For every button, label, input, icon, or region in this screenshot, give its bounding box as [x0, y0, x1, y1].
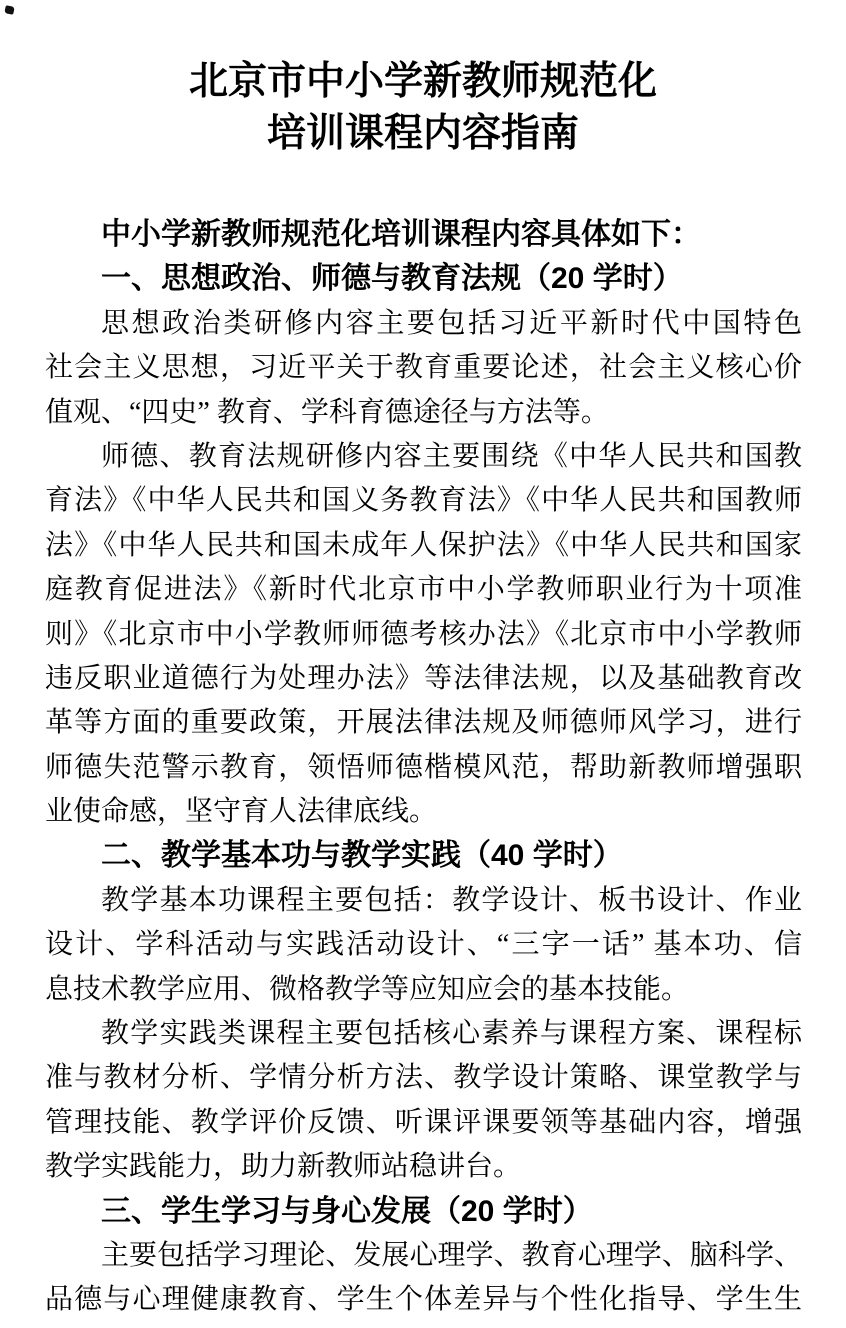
intro-heading: 中小学新教师规范化培训课程内容具体如下： [45, 213, 802, 257]
text-line: 主要包括学习理论、发展心理学、教育心理学、脑科学、 [45, 1234, 802, 1278]
document-title-line-2: 培训课程内容指南 [0, 108, 846, 160]
text-line: 违反职业道德行为处理办法》等法律法规，以及基础教育改 [45, 657, 802, 701]
text-line: 教学基本功课程主要包括：教学设计、板书设计、作业 [45, 879, 802, 923]
text-line: 管理技能、教学评价反馈、听课评课要领等基础内容，增强 [45, 1101, 802, 1145]
text-line: 则》《北京市中小学教师师德考核办法》《北京市中小学教师 [45, 613, 802, 657]
text-line: 准与教材分析、学情分析方法、教学设计策略、课堂教学与 [45, 1056, 802, 1100]
text-line: 师德失范警示教育，领悟师德楷模风范，帮助新教师增强职 [45, 746, 802, 790]
scan-artifact-speck [4, 5, 14, 15]
text-line: 品德与心理健康教育、学生个体差异与个性化指导、学生生 [45, 1278, 802, 1322]
section-heading-1: 一、思想政治、师德与教育法规（20 学时） [45, 257, 802, 301]
text-line: 教学实践类课程主要包括核心素养与课程方案、课程标 [45, 1012, 802, 1056]
text-line: 法》《中华人民共和国未成年人保护法》《中华人民共和国家 [45, 524, 802, 568]
text-line: 业使命感，坚守育人法律底线。 [45, 790, 802, 834]
text-line: 师德、教育法规研修内容主要围绕《中华人民共和国教 [45, 435, 802, 479]
text-line: 教学实践能力，助力新教师站稳讲台。 [45, 1145, 802, 1189]
document-page: 北京市中小学新教师规范化 培训课程内容指南 中小学新教师规范化培训课程内容具体如… [0, 0, 846, 1328]
text-line: 值观、“四史” 教育、学科育德途径与方法等。 [45, 391, 802, 435]
text-line: 息技术教学应用、微格教学等应知应会的基本技能。 [45, 968, 802, 1012]
text-line: 社会主义思想，习近平关于教育重要论述，社会主义核心价 [45, 346, 802, 390]
text-line: 育法》《中华人民共和国义务教育法》《中华人民共和国教师 [45, 479, 802, 523]
document-title: 北京市中小学新教师规范化 培训课程内容指南 [0, 56, 846, 160]
document-body: 中小学新教师规范化培训课程内容具体如下： 一、思想政治、师德与教育法规（20 学… [45, 213, 802, 1323]
text-line: 革等方面的重要政策，开展法律法规及师德师风学习，进行 [45, 701, 802, 745]
text-line: 设计、学科活动与实践活动设计、“三字一话” 基本功、信 [45, 923, 802, 967]
document-title-line-1: 北京市中小学新教师规范化 [0, 56, 846, 108]
section-heading-3: 三、学生学习与身心发展（20 学时） [45, 1190, 802, 1234]
text-line: 庭教育促进法》《新时代北京市中小学教师职业行为十项准 [45, 568, 802, 612]
section-heading-2: 二、教学基本功与教学实践（40 学时） [45, 834, 802, 878]
text-line: 思想政治类研修内容主要包括习近平新时代中国特色 [45, 302, 802, 346]
